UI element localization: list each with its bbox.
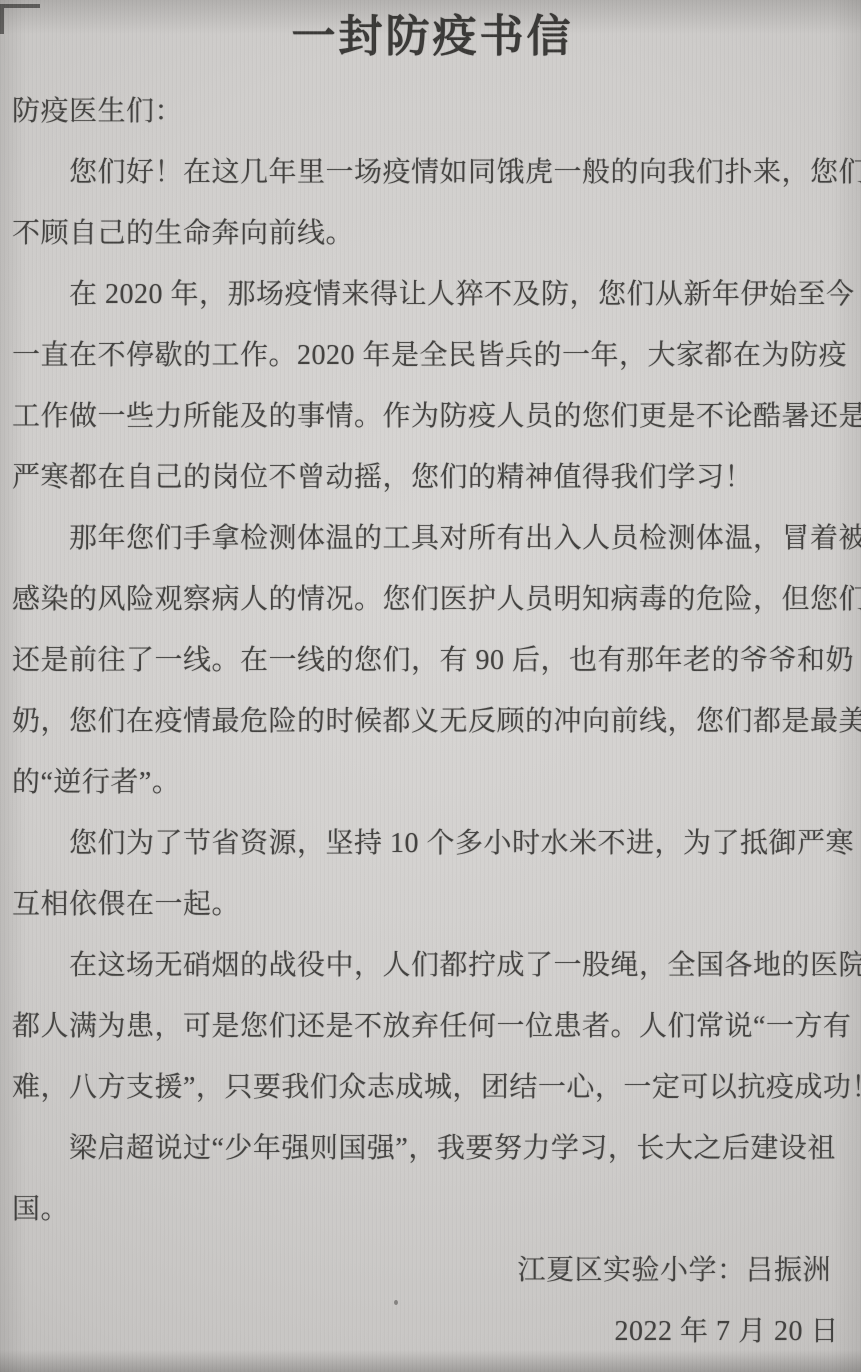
- body-line: 难，八方支援”，只要我们众志成城，团结一心，一定可以抗疫成功！: [12, 1057, 853, 1118]
- signature: 江夏区实验小学：吕振洲: [12, 1240, 853, 1301]
- paragraph: 在 2020 年，那场疫情来得让人猝不及防，您们从新年伊始至今一直在不停歇的工作…: [12, 264, 853, 508]
- photo-corner-mark: [0, 4, 40, 34]
- salutation: 防疫医生们：: [12, 81, 853, 142]
- paragraph: 那年您们手拿检测体温的工具对所有出入人员检测体温，冒着被感染的风险观察病人的情况…: [12, 508, 853, 813]
- paragraph: 您们好！在这几年里一场疫情如同饿虎一般的向我们扑来，您们不顾自己的生命奔向前线。: [12, 142, 853, 264]
- letter-page: 一封防疫书信 防疫医生们： 您们好！在这几年里一场疫情如同饿虎一般的向我们扑来，…: [0, 0, 861, 1362]
- letter-body: 防疫医生们： 您们好！在这几年里一场疫情如同饿虎一般的向我们扑来，您们不顾自己的…: [12, 81, 853, 1362]
- body-line: 感染的风险观察病人的情况。您们医护人员明知病毒的危险，但您们: [12, 569, 853, 630]
- date-line: 2022 年 7 月 20 日: [12, 1301, 853, 1362]
- body-line: 都人满为患，可是您们还是不放弃任何一位患者。人们常说“一方有: [12, 996, 853, 1057]
- body-line: 您们好！在这几年里一场疫情如同饿虎一般的向我们扑来，您们: [12, 142, 853, 203]
- paragraph: 梁启超说过“少年强则国强”，我要努力学习，长大之后建设祖国。: [12, 1118, 853, 1240]
- body-line: 您们为了节省资源，坚持 10 个多小时水米不进，为了抵御严寒: [12, 813, 853, 874]
- body-line: 奶，您们在疫情最危险的时候都义无反顾的冲向前线，您们都是最美: [12, 691, 853, 752]
- letter-title: 一封防疫书信: [12, 2, 853, 72]
- paragraph: 在这场无硝烟的战役中，人们都拧成了一股绳，全国各地的医院都人满为患，可是您们还是…: [12, 935, 853, 1118]
- body-line: 严寒都在自己的岗位不曾动摇，您们的精神值得我们学习！: [12, 447, 853, 508]
- body-line: 不顾自己的生命奔向前线。: [12, 203, 853, 264]
- body-line: 在这场无硝烟的战役中，人们都拧成了一股绳，全国各地的医院: [12, 935, 853, 996]
- paragraphs-container: 您们好！在这几年里一场疫情如同饿虎一般的向我们扑来，您们不顾自己的生命奔向前线。…: [12, 142, 853, 1240]
- letter-photo: 一封防疫书信 防疫医生们： 您们好！在这几年里一场疫情如同饿虎一般的向我们扑来，…: [0, 0, 861, 1372]
- body-line: 互相依偎在一起。: [12, 874, 853, 935]
- paragraph: 您们为了节省资源，坚持 10 个多小时水米不进，为了抵御严寒互相依偎在一起。: [12, 813, 853, 935]
- body-line: 在 2020 年，那场疫情来得让人猝不及防，您们从新年伊始至今: [12, 264, 853, 325]
- body-line: 一直在不停歇的工作。2020 年是全民皆兵的一年，大家都在为防疫: [12, 325, 853, 386]
- body-line: 那年您们手拿检测体温的工具对所有出入人员检测体温，冒着被: [12, 508, 853, 569]
- body-line: 梁启超说过“少年强则国强”，我要努力学习，长大之后建设祖: [12, 1118, 853, 1179]
- body-line: 国。: [12, 1179, 853, 1240]
- photo-speck: [394, 1300, 398, 1305]
- body-line: 还是前往了一线。在一线的您们，有 90 后，也有那年老的爷爷和奶: [12, 630, 853, 691]
- body-line: 工作做一些力所能及的事情。作为防疫人员的您们更是不论酷暑还是: [12, 386, 853, 447]
- body-line: 的“逆行者”。: [12, 752, 853, 813]
